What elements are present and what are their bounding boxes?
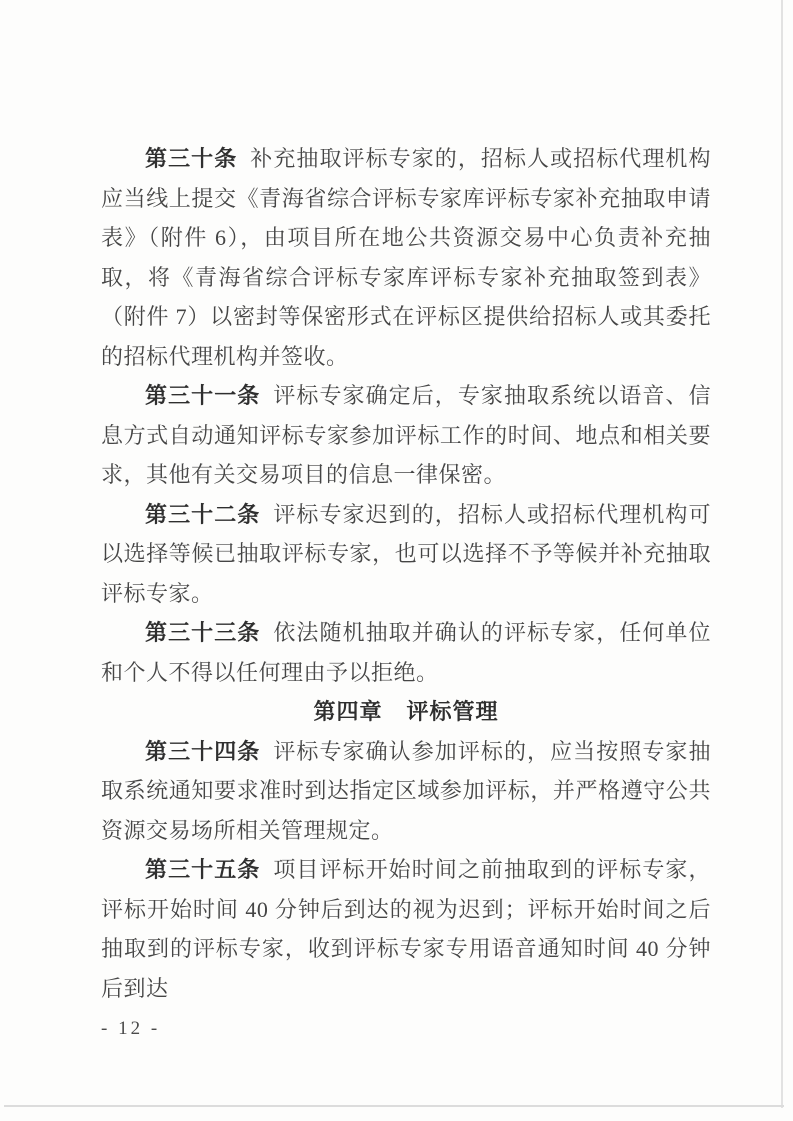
article-number: 第三十一条 <box>145 383 260 408</box>
chapter-title: 评标管理 <box>407 699 499 724</box>
article-paragraph: 第三十二条评标专家迟到的，招标人或招标代理机构可以选择等候已抽取评标专家，也可以… <box>101 495 711 614</box>
article-paragraph: 第三十三条依法随机抽取并确认的评标专家，任何单位和个人不得以任何理由予以拒绝。 <box>101 613 711 692</box>
article-number: 第三十二条 <box>145 502 260 527</box>
scan-edge-bottom-line <box>4 1105 784 1107</box>
article-number: 第三十三条 <box>145 620 260 645</box>
scan-edge-right-line <box>781 0 783 1108</box>
article-paragraph: 第三十四条评标专家确认参加评标的，应当按照专家抽取系统通知要求准时到达指定区域参… <box>101 732 711 851</box>
chapter-number: 第四章 <box>313 699 382 724</box>
article-paragraph: 第三十五条项目评标开始时间之前抽取到的评标专家，评标开始时间 40 分钟后到达的… <box>101 850 711 1008</box>
article-number: 第三十条 <box>145 146 237 171</box>
page-number: - 12 - <box>101 1018 160 1040</box>
article-paragraph: 第三十一条评标专家确定后，专家抽取系统以语音、信息方式自动通知评标专家参加评标工… <box>101 376 711 495</box>
article-number: 第三十四条 <box>145 739 260 764</box>
article-paragraph: 第三十条补充抽取评标专家的，招标人或招标代理机构应当线上提交《青海省综合评标专家… <box>101 139 711 376</box>
document-body: 第三十条补充抽取评标专家的，招标人或招标代理机构应当线上提交《青海省综合评标专家… <box>101 139 711 1008</box>
document-page: 第三十条补充抽取评标专家的，招标人或招标代理机构应当线上提交《青海省综合评标专家… <box>0 0 793 1121</box>
article-number: 第三十五条 <box>145 857 260 882</box>
chapter-heading: 第四章评标管理 <box>101 692 711 732</box>
article-text: 补充抽取评标专家的，招标人或招标代理机构应当线上提交《青海省综合评标专家库评标专… <box>101 146 711 369</box>
